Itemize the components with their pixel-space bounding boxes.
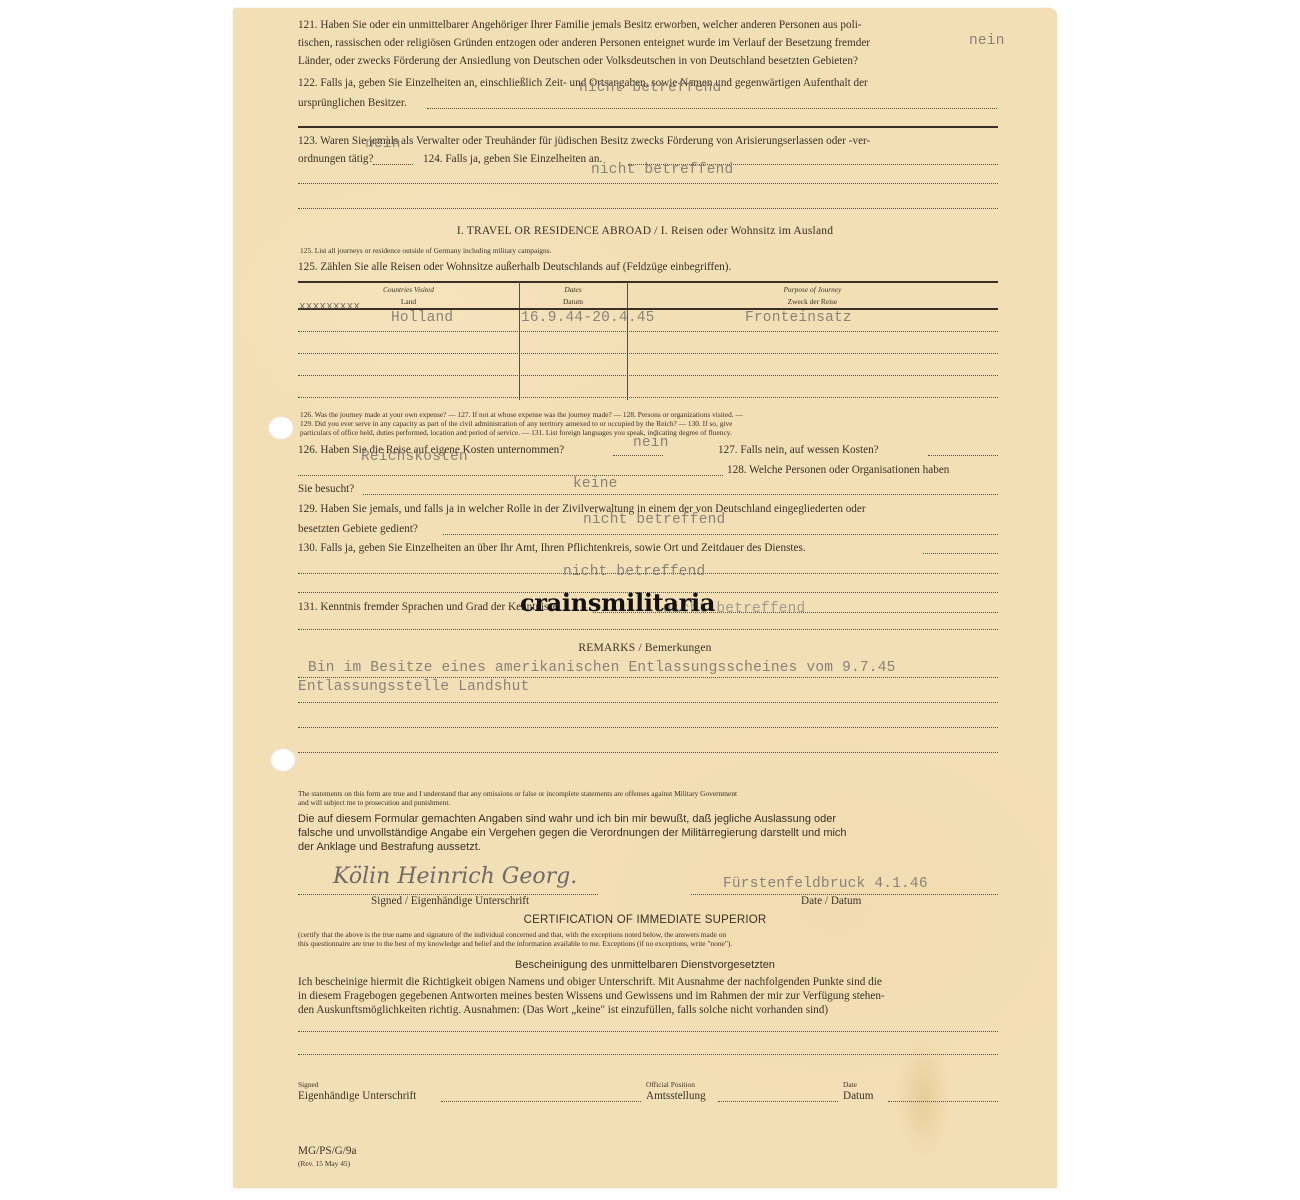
certification-de-3: den Auskunftsmöglichkeiten richtig. Ausn… — [298, 1003, 828, 1017]
superior-date-de: Datum — [843, 1089, 873, 1103]
q127-answer: Reichskosten — [361, 449, 468, 465]
remarks-title: REMARKS / Bemerkungen — [233, 641, 1057, 655]
col-purpose-en: Purpose of Journey — [627, 285, 998, 294]
q124-answer: nicht betreffend — [591, 162, 733, 178]
row1-dates: 16.9.44-20.4.45 — [521, 310, 655, 326]
q129-answer: nicht betreffend — [583, 512, 725, 528]
form-revision: (Rev. 15 May 45) — [298, 1159, 350, 1168]
table-top-border — [298, 281, 998, 283]
q122-answer-line — [427, 108, 997, 109]
declaration-de-2: falsche und unvollständige Angabe ein Ve… — [298, 826, 847, 840]
q128-text-b: Sie besucht? — [298, 482, 354, 496]
row1-land: Holland — [391, 310, 453, 326]
q129-answer-line — [443, 534, 998, 535]
q121-line1: 121. Haben Sie oder ein unmittelbarer An… — [298, 18, 862, 32]
q123-line2: ordnungen tätig? — [298, 152, 374, 166]
q121-line3: Länder, oder zwecks Förderung der Ansied… — [298, 54, 858, 68]
q125-en: 125. List all journeys or residence outs… — [300, 246, 551, 255]
q128-text-a: 128. Welche Personen oder Organisationen… — [727, 463, 949, 477]
q130-answer-line — [923, 553, 998, 554]
declaration-de-1: Die auf diesem Formular gemachten Angabe… — [298, 812, 836, 826]
row1-land-struck: xxxxxxxxx — [299, 301, 360, 313]
answer-line — [298, 629, 998, 630]
table-row-line — [298, 397, 998, 398]
q124-text: 124. Falls ja, geben Sie Einzelheiten an… — [423, 152, 602, 166]
col-dates-en: Dates — [519, 285, 627, 294]
date-value: Fürstenfeldbruck 4.1.46 — [723, 876, 928, 892]
remarks-line — [298, 727, 998, 728]
superior-signed-de: Eigenhändige Unterschrift — [298, 1089, 416, 1103]
q126-answer-line — [613, 455, 663, 456]
superior-date-line — [888, 1101, 998, 1102]
remarks-line — [298, 677, 998, 678]
declaration-en-2: and will subject me to prosecution and p… — [298, 798, 450, 807]
punch-hole — [270, 748, 296, 772]
col-purpose-de: Zweck der Reise — [627, 297, 998, 306]
superior-position-de: Amtsstellung — [646, 1089, 706, 1103]
table-row-line — [298, 331, 998, 332]
punch-hole — [268, 416, 294, 440]
signed-label: Signed / Eigenhändige Unterschrift — [371, 894, 529, 908]
instructions-en-1: 126. Was the journey made at your own ex… — [300, 410, 743, 419]
watermark: crainsmilitaria — [520, 588, 715, 617]
answer-line — [298, 208, 998, 209]
declaration-de-3: der Anklage und Bestrafung aussetzt. — [298, 840, 481, 854]
q127-answer-line — [928, 455, 998, 456]
q128-answer: keine — [573, 476, 618, 492]
superior-date-en: Date — [843, 1080, 857, 1089]
remarks-line — [298, 702, 998, 703]
remarks-line2: Entlassungsstelle Landshut — [298, 679, 529, 695]
col-countries-en: Countries Visited — [298, 285, 519, 294]
q127-answer-line-2 — [298, 475, 723, 476]
superior-position-en: Official Position — [646, 1080, 695, 1089]
exceptions-line — [298, 1031, 998, 1032]
separator — [298, 126, 998, 128]
q123-answer-line — [373, 164, 413, 165]
superior-signed-en: Signed — [298, 1080, 319, 1089]
remarks-line — [298, 752, 998, 753]
date-label: Date / Datum — [801, 894, 861, 908]
q121-answer: nein — [969, 33, 1005, 49]
superior-position-line — [718, 1101, 838, 1102]
col-dates-de: Datum — [519, 297, 627, 306]
q130-text: 130. Falls ja, geben Sie Einzelheiten an… — [298, 541, 806, 555]
table-row-line — [298, 353, 998, 354]
q126-answer: nein — [633, 435, 669, 451]
section-i-title: I. TRAVEL OR RESIDENCE ABROAD / I. Reise… — [233, 224, 1057, 238]
certification-en-2: this questionnaire are true to the best … — [298, 939, 732, 948]
q130-answer: nicht betreffend — [563, 564, 705, 580]
q122-answer: nicht betreffend — [579, 80, 721, 96]
certification-de-1: Ich bescheinige hiermit die Richtigkeit … — [298, 975, 882, 989]
form-id: MG/PS/G/9a — [298, 1144, 356, 1158]
signature: Kölin Heinrich Georg. — [333, 864, 577, 889]
q122-line2: ursprünglichen Besitzer. — [298, 96, 407, 110]
q123-answer: nein — [365, 136, 401, 152]
q125-de: 125. Zählen Sie alle Reisen oder Wohnsit… — [298, 260, 731, 274]
certification-de-title: Bescheinigung des unmittelbaren Dienstvo… — [233, 958, 1057, 972]
declaration-en-1: The statements on this form are true and… — [298, 789, 737, 798]
q129-line1: 129. Haben Sie jemals, und falls ja in w… — [298, 502, 866, 516]
certification-de-2: in diesem Fragebogen gegebenen Antworten… — [298, 989, 885, 1003]
q121-line2: tischen, rassischen oder religiösen Grün… — [298, 36, 870, 50]
row1-purpose: Fronteinsatz — [745, 310, 852, 326]
superior-signature-line — [441, 1101, 641, 1102]
instructions-en-2: 129. Did you ever serve in any capacity … — [300, 419, 732, 428]
table-row-line — [298, 375, 998, 376]
q127-text: 127. Falls nein, auf wessen Kosten? — [718, 443, 879, 457]
certification-title: CERTIFICATION OF IMMEDIATE SUPERIOR — [233, 913, 1057, 927]
q129-line2: besetzten Gebiete gedient? — [298, 522, 418, 536]
certification-en-1: (certify that the above is the true name… — [298, 930, 726, 939]
q128-answer-line — [363, 494, 998, 495]
remarks-line1: Bin im Besitze eines amerikanischen Entl… — [308, 660, 896, 676]
exceptions-line — [298, 1054, 998, 1055]
answer-line — [298, 183, 998, 184]
